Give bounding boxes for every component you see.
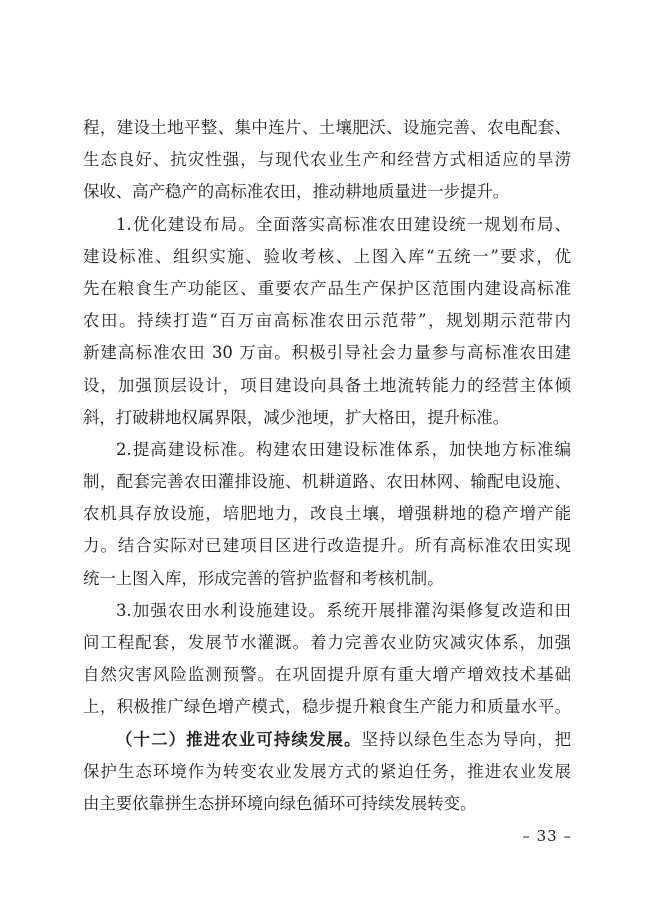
paragraph: 3.加强农田水利设施建设。系统开展排灌沟渠修复改造和田间工程配套，发展节水灌溉。… [83,595,571,724]
page-number: – 33 – [522,826,572,846]
text-line: 农机具存放设施，培肥地力，改良土壤，增强耕地的稳产增产能 [83,498,571,530]
text-line: 2.提高建设标准。构建农田建设标准体系，加快地方标准编 [83,434,571,466]
paragraph: 1.优化建设布局。全面落实高标准农田建设统一规划布局、建设标准、组织实施、验收考… [83,209,571,434]
text-line: 生态良好、抗灾性强，与现代农业生产和经营方式相适应的旱涝 [83,144,571,176]
text-line: 建设标准、组织实施、验收考核、上图入库“五统一”要求，优 [83,241,571,273]
document-page: 程，建设土地平整、集中连片、土壤肥沃、设施完善、农电配套、生态良好、抗灾性强，与… [0,0,650,919]
text-line: 新建高标准农田 30 万亩。积极引导社会力量参与高标准农田建 [83,337,571,369]
text-line: 间工程配套，发展节水灌溉。着力完善农业防灾减灾体系，加强 [83,627,571,659]
text-line: 设，加强顶层设计，项目建设向具备土地流转能力的经营主体倾 [83,370,571,402]
text-line: 3.加强农田水利设施建设。系统开展排灌沟渠修复改造和田 [83,595,571,627]
text-line: 斜，打破耕地权属界限，减少池埂，扩大格田，提升标准。 [83,402,571,434]
text-line: 程，建设土地平整、集中连片、土壤肥沃、设施完善、农电配套、 [83,112,571,144]
text-line: 制，配套完善农田灌排设施、机耕道路、农田林网、输配电设施、 [83,466,571,498]
bold-section-heading: （十二）推进农业可持续发展。 [116,730,362,749]
paragraph: 2.提高建设标准。构建农田建设标准体系，加快地方标准编制，配套完善农田灌排设施、… [83,434,571,595]
text-line: 由主要依靠拼生态拼环境向绿色循环可持续发展转变。 [83,788,571,820]
paragraph: 程，建设土地平整、集中连片、土壤肥沃、设施完善、农电配套、生态良好、抗灾性强，与… [83,112,571,209]
paragraph: （十二）推进农业可持续发展。坚持以绿色生态为导向，把保护生态环境作为转变农业发展… [83,724,571,821]
document-body: 程，建设土地平整、集中连片、土壤肥沃、设施完善、农电配套、生态良好、抗灾性强，与… [83,112,571,820]
text-line: 力。结合实际对已建项目区进行改造提升。所有高标准农田实现 [83,530,571,562]
text-line: （十二）推进农业可持续发展。坚持以绿色生态为导向，把 [83,724,571,756]
text-line: 保护生态环境作为转变农业发展方式的紧迫任务，推进农业发展 [83,756,571,788]
text-line: 上，积极推广绿色增产模式，稳步提升粮食生产能力和质量水平。 [83,691,571,723]
text-line: 统一上图入库，形成完善的管护监督和考核机制。 [83,563,571,595]
text-line: 先在粮食生产功能区、重要农产品生产保护区范围内建设高标准 [83,273,571,305]
text-line: 1.优化建设布局。全面落实高标准农田建设统一规划布局、 [83,209,571,241]
text-line: 农田。持续打造“百万亩高标准农田示范带”，规划期示范带内 [83,305,571,337]
text-line: 保收、高产稳产的高标准农田，推动耕地质量进一步提升。 [83,176,571,208]
text-line: 自然灾害风险监测预警。在巩固提升原有重大增产增效技术基础 [83,659,571,691]
